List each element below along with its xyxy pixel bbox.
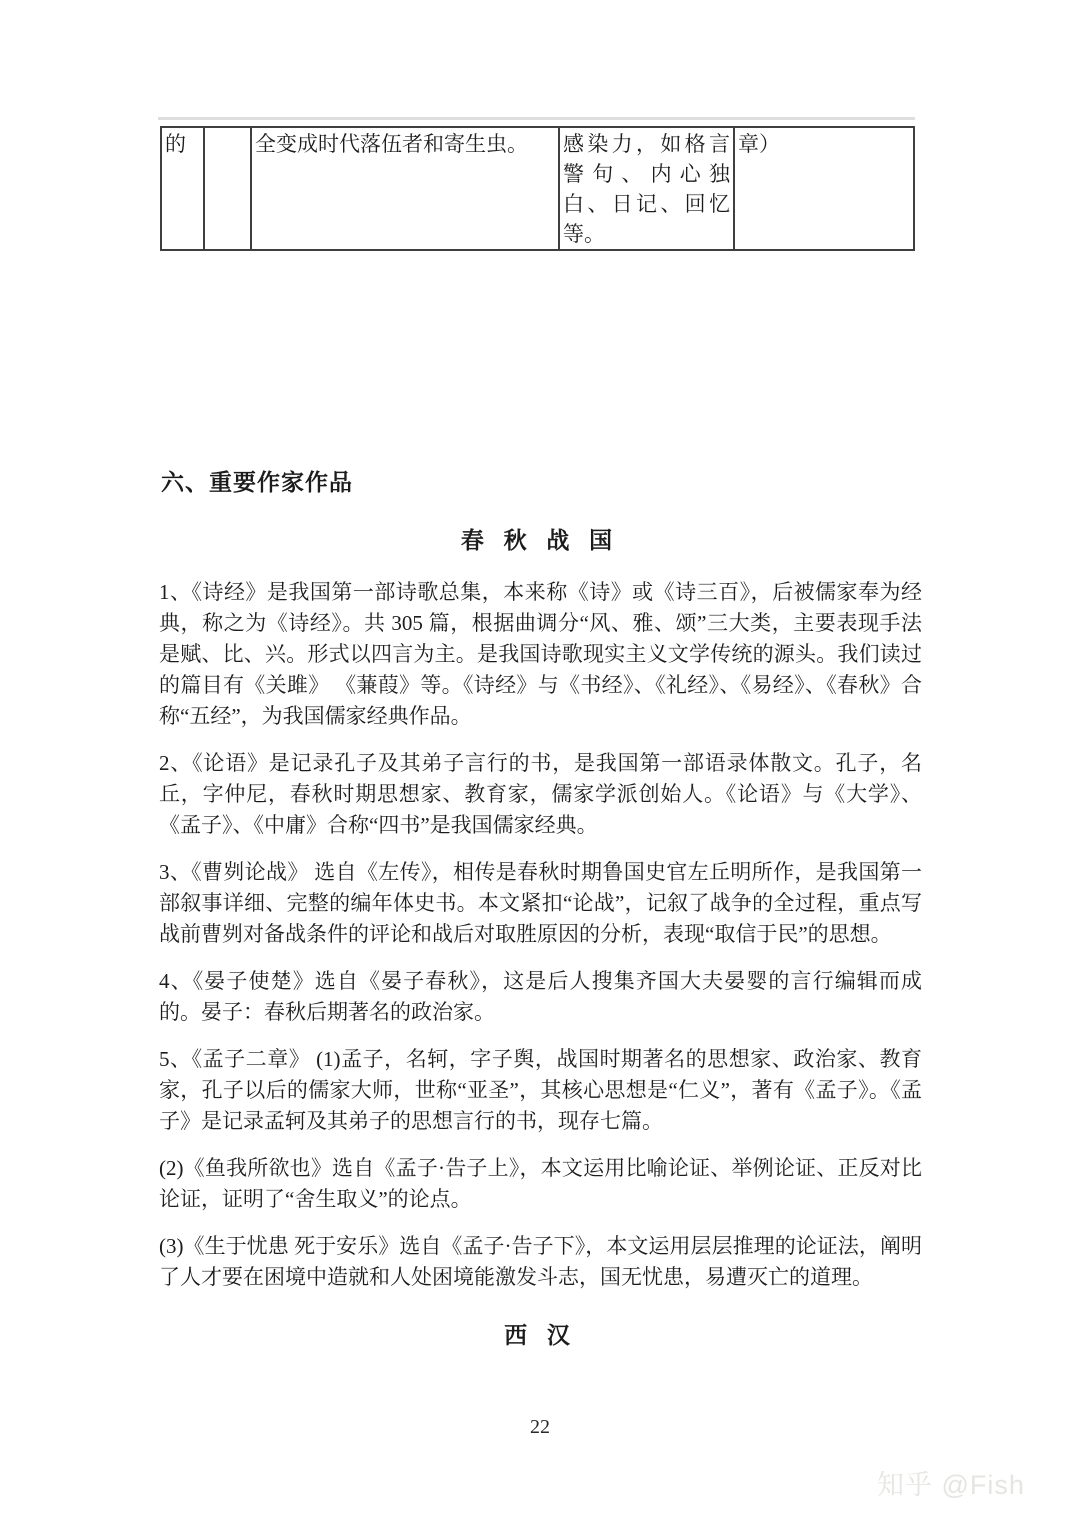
watermark: 知乎 @Fish bbox=[877, 1463, 1025, 1502]
scan-artifact-line bbox=[158, 117, 915, 120]
table-cell-right: 章） bbox=[734, 127, 914, 250]
table-fragment: 的 全变成时代落伍者和寄生虫。 感染力，如格言警句、内心独白、日记、回忆等。 章… bbox=[160, 126, 915, 251]
paragraph-shijing: 1、《诗经》是我国第一部诗歌总集，本来称《诗》或《诗三百》，后被儒家奉为经典，称… bbox=[159, 577, 922, 732]
table-cell-content: 全变成时代落伍者和寄生虫。 bbox=[251, 127, 559, 250]
table-cell-empty bbox=[204, 127, 251, 250]
paragraph-yuwosuoyuye: (2)《鱼我所欲也》选自《孟子·告子上》，本文运用比喻论证、举例论证、正反对比论… bbox=[159, 1153, 922, 1215]
paragraph-shengyu-youhuan: (3)《生于忧患 死于安乐》选自《孟子·告子下》，本文运用层层推理的论证法，阐明… bbox=[159, 1231, 922, 1293]
paragraph-yanzi-shichu: 4、《晏子使楚》选自《晏子春秋》，这是后人搜集齐国大夫晏婴的言行编辑而成的。晏子… bbox=[159, 966, 922, 1028]
era-heading-spring-autumn: 春 秋 战 国 bbox=[160, 522, 920, 555]
paragraph-lunyu: 2、《论语》是记录孔子及其弟子言行的书，是我国第一部语录体散文。孔子，名丘，字仲… bbox=[159, 748, 922, 841]
page-number: 22 bbox=[0, 1416, 1080, 1439]
table-cell-feature: 感染力，如格言警句、内心独白、日记、回忆等。 bbox=[559, 127, 734, 250]
document-page: 的 全变成时代落伍者和寄生虫。 感染力，如格言警句、内心独白、日记、回忆等。 章… bbox=[0, 0, 1080, 1527]
paragraph-caogui-lunzhan: 3、《曹刿论战》 选自《左传》，相传是春秋时期鲁国史官左丘明所作，是我国第一部叙… bbox=[159, 857, 922, 950]
table-cell-left: 的 bbox=[161, 127, 204, 250]
era-heading-western-han: 西 汉 bbox=[159, 1320, 922, 1351]
table-row: 的 全变成时代落伍者和寄生虫。 感染力，如格言警句、内心独白、日记、回忆等。 章… bbox=[161, 127, 914, 250]
body-text: 1、《诗经》是我国第一部诗歌总集，本来称《诗》或《诗三百》，后被儒家奉为经典，称… bbox=[159, 577, 922, 1351]
paragraph-mengzi-erzhang: 5、《孟子二章》 (1)孟子，名轲，字子舆，战国时期著名的思想家、政治家、教育家… bbox=[159, 1044, 922, 1137]
section-heading: 六、重要作家作品 bbox=[161, 464, 353, 497]
